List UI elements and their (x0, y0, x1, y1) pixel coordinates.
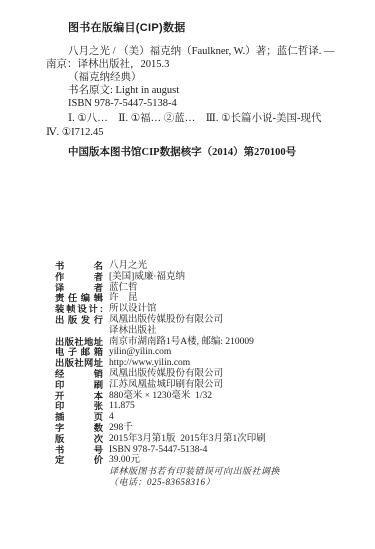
colophon-row-printer: 印刷 江苏凤凰盐城印刷有限公司 (55, 380, 355, 391)
row-label: 印张 (55, 401, 103, 412)
row-label: 译者 (55, 283, 103, 294)
row-value: 所以设计馆 (109, 304, 157, 315)
row-label: 出版社地址 (55, 337, 103, 348)
colophon-row-email: 电子邮箱 yilin@yilin.com (55, 347, 355, 358)
colophon-row-publisher: 出版发行 凤凰出版传媒股份有限公司 (55, 315, 355, 326)
row-value: 凤凰出版传媒股份有限公司 (109, 369, 223, 380)
row-label (55, 477, 103, 488)
cip-heading: 图书在版编目(CIP)数据 (68, 19, 186, 35)
row-label: 出版社网址 (55, 358, 103, 369)
cip-line: ISBN 978-7-5447-5138-4 (46, 97, 346, 110)
row-value: yilin@yilin.com (109, 347, 171, 358)
row-label: 装帧设计: (55, 304, 103, 315)
colophon-table: 书名 八月之光 作者 [美国]威廉·福克纳 译者 蓝仁哲 责任编辑 许 昆 装帧… (55, 261, 355, 488)
row-label: 印刷 (55, 380, 103, 391)
cip-line: 南京：译林出版社，2015.3 (46, 58, 346, 71)
row-label: 出版发行 (55, 315, 103, 326)
row-value: 2015年3月第1版 2015年3月第1次印刷 (109, 434, 266, 445)
row-value: http://www.yilin.com (109, 358, 190, 369)
colophon-row-format: 开本 880毫米 × 1230毫米 1/32 (55, 391, 355, 402)
row-value: 298千 (109, 423, 133, 434)
row-value: 880毫米 × 1230毫米 1/32 (109, 391, 212, 402)
colophon-row-wordcount: 字数 298千 (55, 423, 355, 434)
classification-line: Ⅳ. ①I712.45 (46, 126, 356, 140)
cip-record-number: 中国版本图书馆CIP数据核字（2014）第270100号 (68, 144, 296, 159)
row-label: 字数 (55, 423, 103, 434)
row-value: 凤凰出版传媒股份有限公司 (109, 315, 223, 326)
colophon-row-address: 出版社地址 南京市湖南路1号A楼, 邮编: 210009 (55, 337, 355, 348)
cip-line: 八月之光 / （美）福克纳（Faulkner, W.）著；蓝仁哲译. — (46, 45, 346, 58)
row-value: 八月之光 (109, 261, 147, 272)
colophon-row-inserts: 插页 4 (55, 412, 355, 423)
row-label: 电子邮箱 (55, 347, 103, 358)
row-value: [美国]威廉·福克纳 (109, 272, 185, 283)
colophon-row-editor: 责任编辑 许 昆 (55, 293, 355, 304)
exchange-notice-phone: （电话：025-83658316） (55, 477, 355, 488)
row-label: 书名 (55, 261, 103, 272)
row-label: 开本 (55, 391, 103, 402)
row-label: 作者 (55, 272, 103, 283)
colophon-row-distributor: 经销 凤凰出版传媒股份有限公司 (55, 369, 355, 380)
notice-phone-text: （电话：025-83658316） (109, 477, 215, 488)
exchange-notice-line: 译林版图书若有印装错误可向出版社调换 (55, 466, 355, 477)
classification-line: Ⅰ. ①八… Ⅱ. ①福… ②蓝… Ⅲ. ①长篇小说-美国-现代 (46, 112, 356, 126)
colophon-row-price: 定价 39.00元 (55, 455, 355, 466)
row-value: 南京市湖南路1号A楼, 邮编: 210009 (109, 337, 254, 348)
colophon-row-website: 出版社网址 http://www.yilin.com (55, 358, 355, 369)
colophon-row-isbn: 书号 ISBN 978-7-5447-5138-4 (55, 445, 355, 456)
colophon-row-publisher-2: 译林出版社 (55, 326, 355, 337)
colophon-row-translator: 译者 蓝仁哲 (55, 283, 355, 294)
row-label (55, 326, 103, 337)
row-label (55, 466, 103, 477)
colophon-row-design: 装帧设计: 所以设计馆 (55, 304, 355, 315)
row-value: 译林出版社 (109, 326, 157, 337)
row-value: 蓝仁哲 (109, 283, 138, 294)
cip-classification-block: Ⅰ. ①八… Ⅱ. ①福… ②蓝… Ⅲ. ①长篇小说-美国-现代 Ⅳ. ①I71… (46, 112, 356, 139)
row-label: 责任编辑 (55, 293, 103, 304)
row-label: 版次 (55, 434, 103, 445)
notice-text: 译林版图书若有印装错误可向出版社调换 (109, 466, 280, 477)
row-value: ISBN 978-7-5447-5138-4 (109, 445, 207, 456)
cip-line: 书名原文: Light in august (46, 84, 346, 97)
row-label: 插页 (55, 412, 103, 423)
cip-description-block: 八月之光 / （美）福克纳（Faulkner, W.）著；蓝仁哲译. — 南京：… (46, 45, 346, 110)
colophon-row-author: 作者 [美国]威廉·福克纳 (55, 272, 355, 283)
row-value: 许 昆 (109, 293, 138, 304)
row-value: 11.875 (109, 401, 135, 412)
colophon-row-book-title: 书名 八月之光 (55, 261, 355, 272)
row-label: 经销 (55, 369, 103, 380)
cip-line: （福克纳经典） (46, 71, 346, 84)
row-value: 江苏凤凰盐城印刷有限公司 (109, 380, 223, 391)
colophon-row-edition: 版次 2015年3月第1版 2015年3月第1次印刷 (55, 434, 355, 445)
copyright-page: 图书在版编目(CIP)数据 八月之光 / （美）福克纳（Faulkner, W.… (0, 0, 375, 549)
colophon-row-sheets: 印张 11.875 (55, 401, 355, 412)
row-value: 4 (109, 412, 114, 423)
row-label: 书号 (55, 445, 103, 456)
row-value: 39.00元 (109, 455, 140, 466)
row-label: 定价 (55, 455, 103, 466)
